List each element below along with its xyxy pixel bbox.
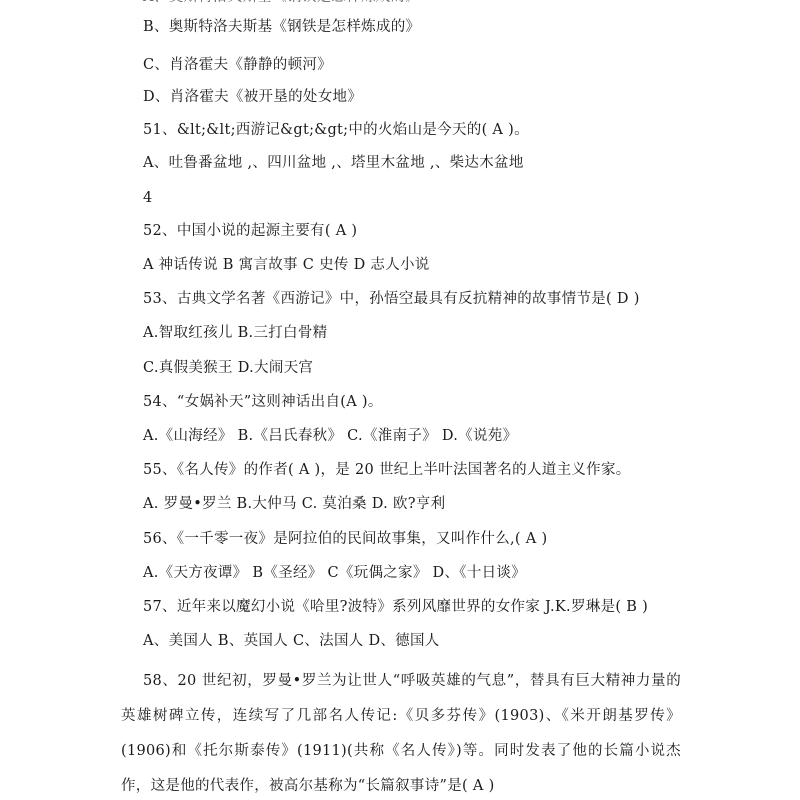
options-q55: A. 罗曼•罗兰 B.大仲马 C. 莫泊桑 D. 欧?亨利 [143,494,445,514]
question-54: 54、“女娲补天”这则神话出自(A )。 [143,392,383,412]
options-q51: A、吐鲁番盆地 ,、四川盆地 ,、塔里木盆地 ,、柴达木盆地 [143,153,524,173]
question-58: 58、20 世纪初，罗曼•罗兰为让世人“呼吸英雄的气息”，替具有巨大精神力量的英… [121,664,681,800]
option-d-q50: D、肖洛霍夫《被开垦的处女地》 [143,87,362,107]
options-q53-cd: C.真假美猴王 D.大闹天宫 [143,358,313,378]
question-57: 57、近年来以魔幻小说《哈里?波特》系列风靡世界的女作家 J.K.罗琳是( B … [143,597,648,617]
options-q54: A.《山海经》 B.《吕氏春秋》 C.《淮南子》 D.《说苑》 [143,426,517,446]
document-page: A、奥斯特洛夫斯基《钢铁是怎样炼成的》 B、奥斯特洛夫斯基《钢铁是怎样炼成的》 … [0,0,800,800]
options-q53-ab: A.智取红孩儿 B.三打白骨精 [143,323,327,343]
question-56: 56、《一千零一夜》是阿拉伯的民间故事集，又叫作什么,( A ) [143,529,547,549]
options-q52: A 神话传说 B 寓言故事 C 史传 D 志人小说 [143,255,430,275]
options-q57: A、美国人 B、英国人 C、法国人 D、德国人 [143,631,440,651]
cut-off-line: A、奥斯特洛夫斯基《钢铁是怎样炼成的》 [143,0,420,7]
page-number: 4 [143,188,153,208]
option-c-q50: C、肖洛霍夫《静静的顿河》 [143,55,332,75]
options-q56: A.《天方夜谭》 B《圣经》 C《玩偶之家》 D、《十日谈》 [143,563,526,583]
question-55: 55、《名人传》的作者( A )，是 20 世纪上半叶法国著名的人道主义作家。 [143,460,631,480]
question-51: 51、&lt;&lt;西游记&gt;&gt;中的火焰山是今天的( A )。 [143,120,529,140]
question-58-text: 58、20 世纪初，罗曼•罗兰为让世人“呼吸英雄的气息”，替具有巨大精神力量的英… [121,673,681,794]
option-b-q50: B、奥斯特洛夫斯基《钢铁是怎样炼成的》 [143,17,420,37]
question-52: 52、中国小说的起源主要有( A ) [143,221,357,241]
question-53: 53、古典文学名著《西游记》中，孙悟空最具有反抗精神的故事情节是( D ) [143,289,640,309]
